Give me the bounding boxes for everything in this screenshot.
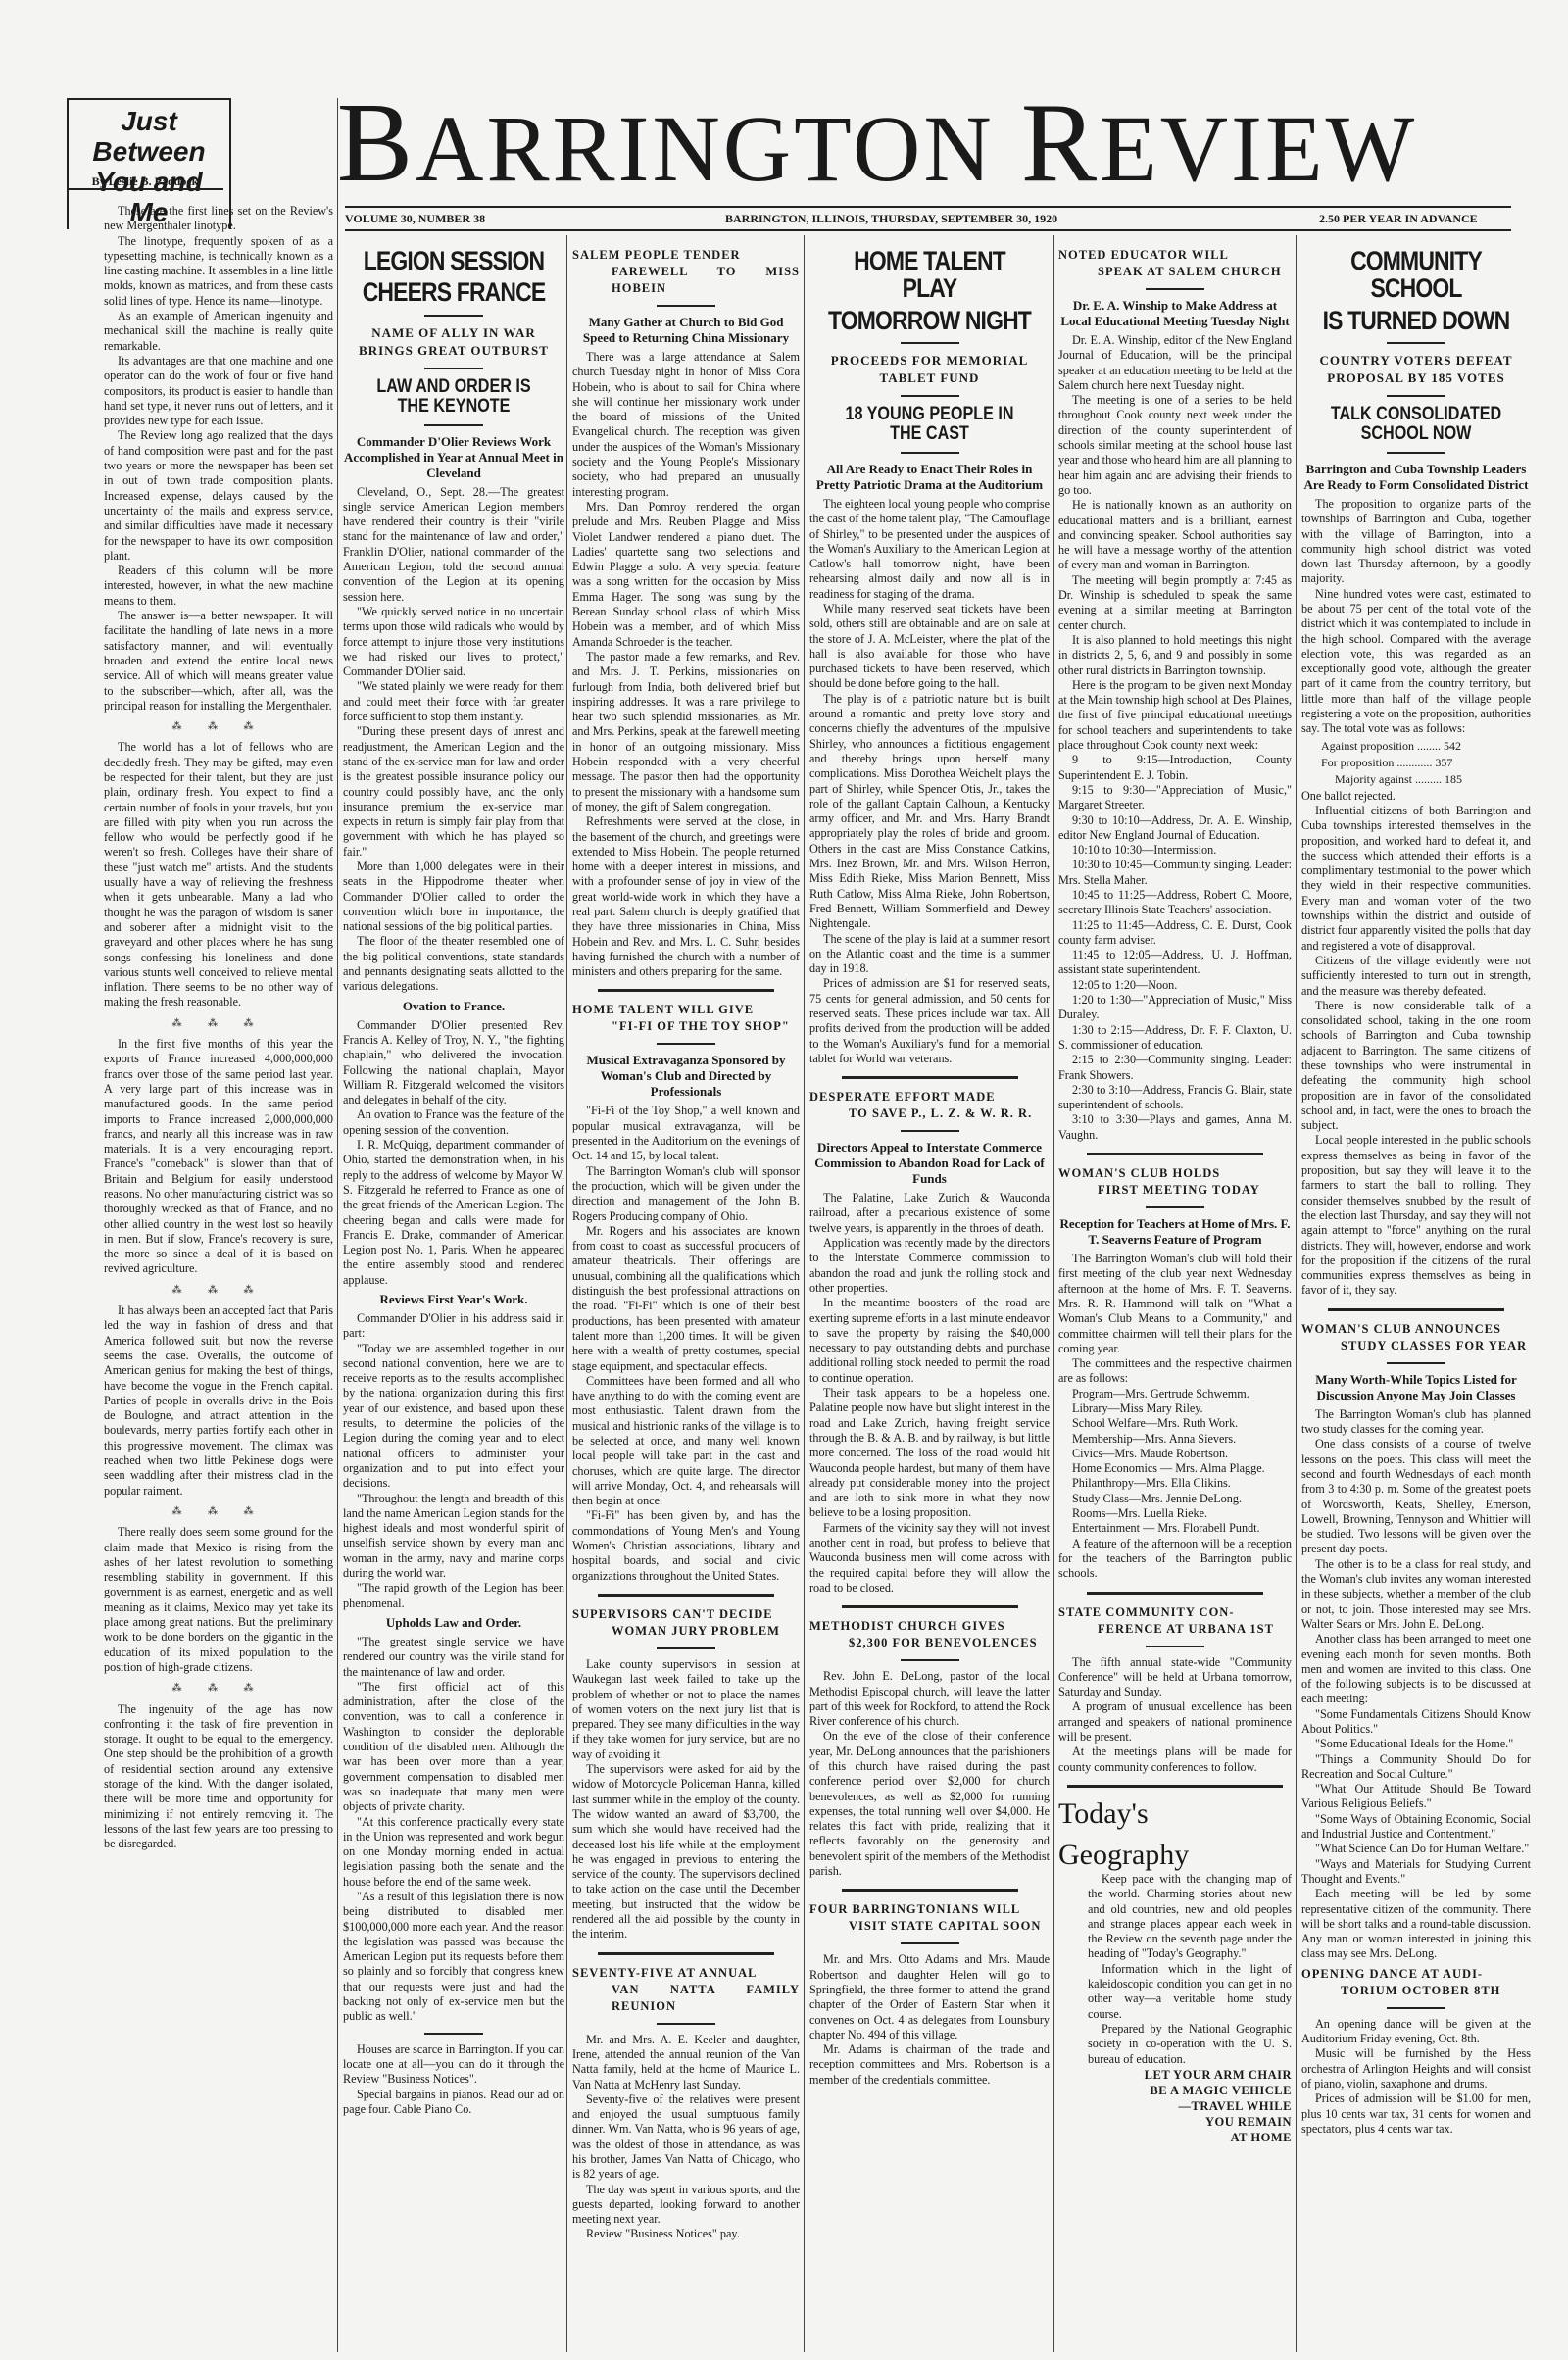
paragraph: Refreshments were served at the close, i… [572, 814, 800, 979]
tagline: LET YOUR ARM CHAIR BE A MAGIC VEHICLE —T… [1088, 2067, 1292, 2145]
headline-line: WOMAN'S CLUB ANNOUNCES [1301, 1322, 1501, 1336]
separator [657, 2023, 715, 2025]
headline-line: FIRST MEETING TODAY [1058, 1182, 1292, 1199]
column-title-line1: Just Between [73, 106, 225, 167]
paragraph: Special bargains in pianos. Read our ad … [343, 2088, 564, 2118]
headline: WOMAN'S CLUB ANNOUNCESSTUDY CLASSES FOR … [1301, 1321, 1531, 1354]
paragraph: "The first official act of this administ… [343, 1680, 564, 1815]
nameplate-initial-1: B [337, 80, 416, 206]
paragraph: The Palatine, Lake Zurich & Wauconda rai… [809, 1191, 1050, 1236]
headline-line: COMMUNITY SCHOOL [1319, 247, 1514, 303]
topic-item: "What Science Can Do for Human Welfare." [1301, 1842, 1531, 1856]
vote-tally-row: For proposition ............ 357 [1321, 756, 1531, 770]
paragraph: Its advantages are that one machine and … [104, 354, 333, 428]
separator [1146, 1206, 1204, 1208]
paragraph: "As a result of this legislation there i… [343, 1890, 564, 2025]
topic-item: "Things a Community Should Do for Recrea… [1301, 1752, 1531, 1783]
separator [1387, 2007, 1445, 2009]
paragraph: While many reserved seat tickets have be… [809, 602, 1050, 692]
headline-line: TORIUM OCTOBER 8TH [1301, 1983, 1531, 1999]
tally-value: 185 [1445, 772, 1462, 787]
committee-item: Civics—Mrs. Maude Robertson. [1058, 1447, 1292, 1461]
article-separator [842, 1076, 1018, 1079]
separator [424, 424, 483, 426]
headline: METHODIST CHURCH GIVES$2,300 FOR BENEVOL… [809, 1618, 1050, 1651]
paragraph: Each meeting will be led by some represe… [1301, 1887, 1531, 1961]
separator [424, 2033, 483, 2035]
program-item: 10:45 to 11:25—Address, Robert C. Moore,… [1058, 888, 1292, 918]
topic-item: "What Our Attitude Should Be Toward Vari… [1301, 1782, 1531, 1812]
paragraph: Seventy-five of the relatives were prese… [572, 2092, 800, 2183]
subhead: Reviews First Year's Work. [343, 1292, 564, 1307]
program-item: 2:15 to 2:30—Community singing. Leader: … [1058, 1053, 1292, 1083]
program-item: 9:15 to 9:30—"Appreciation of Music," Ma… [1058, 783, 1292, 813]
separator [901, 395, 959, 397]
headline-line: LEGION SESSION [360, 247, 548, 274]
paragraph: Commander D'Olier presented Rev. Francis… [343, 1018, 564, 1108]
paragraph: "Today we are assembled together in our … [343, 1342, 564, 1492]
column-six: COMMUNITY SCHOOL IS TURNED DOWN COUNTRY … [1301, 243, 1531, 2137]
headline-line: FERENCE AT URBANA 1ST [1058, 1621, 1292, 1638]
headline-line: TOMORROW NIGHT [827, 307, 1031, 334]
article-separator [598, 1594, 774, 1597]
paragraph: Review "Business Notices" pay. [572, 2227, 800, 2241]
paragraph: Prepared by the National Geographic soci… [1088, 2022, 1292, 2067]
paragraph: The proposition to organize parts of the… [1301, 497, 1531, 587]
column-byline: By Leslie B. Paddock [67, 174, 223, 190]
section-ornament: ⁂ ⁂ ⁂ [104, 1016, 333, 1031]
paragraph: Music will be furnished by the Hess orch… [1301, 2046, 1531, 2091]
topic-item: "Some Ways of Obtaining Economic, Social… [1301, 1812, 1531, 1843]
headline-line: TO SAVE P., L. Z. & W. R. R. [809, 1106, 1050, 1122]
subdeck: Musical Extravaganza Sponsored by Woman'… [572, 1053, 800, 1100]
headline: WOMAN'S CLUB HOLDSFIRST MEETING TODAY [1058, 1165, 1292, 1199]
column-divider [1296, 235, 1297, 2352]
paragraph: The pastor made a few remarks, and Rev. … [572, 650, 800, 814]
headline-line: SALEM PEOPLE TENDER [572, 248, 741, 262]
subdeck: Barrington and Cuba Township Leaders Are… [1301, 462, 1531, 493]
headline-line: METHODIST CHURCH GIVES [809, 1619, 1005, 1633]
paragraph: The eighteen local young people who comp… [809, 497, 1050, 602]
subdeck: All Are Ready to Enact Their Roles in Pr… [809, 462, 1050, 493]
paragraph: Their task appears to be a hopeless one.… [809, 1386, 1050, 1521]
section-ornament: ⁂ ⁂ ⁂ [104, 719, 333, 734]
headline-line: HOME TALENT WILL GIVE [572, 1003, 754, 1016]
paragraph: It is also planned to hold meetings this… [1058, 633, 1292, 678]
separator [901, 1130, 959, 1132]
article-separator [842, 1605, 1018, 1608]
paragraph: Prices of admission will be $1.00 for me… [1301, 2091, 1531, 2137]
headline: NOTED EDUCATOR WILLSPEAK AT SALEM CHURCH [1058, 247, 1292, 280]
place-date: BARRINGTON, ILLINOIS, THURSDAY, SEPTEMBE… [725, 212, 1057, 226]
committee-item: Membership—Mrs. Anna Sievers. [1058, 1432, 1292, 1447]
paragraph: An ovation to France was the feature of … [343, 1107, 564, 1138]
committee-item: Program—Mrs. Gertrude Schwemm. [1058, 1387, 1292, 1401]
column-divider [566, 235, 567, 2352]
section-ornament: ⁂ ⁂ ⁂ [104, 1283, 333, 1298]
paragraph: It has always been an accepted fact that… [104, 1303, 333, 1499]
paragraph: Cleveland, O., Sept. 28.—The greatest si… [343, 485, 564, 605]
paragraph: A program of unusual excellence has been… [1058, 1699, 1292, 1745]
headline: SALEM PEOPLE TENDERFAREWELL TO MISS HOBE… [572, 247, 800, 297]
nameplate-word-1: ARRINGTON [416, 96, 995, 201]
geography-title-line1: Today's [1058, 1797, 1292, 1831]
headline-line: OPENING DANCE AT AUDI- [1301, 1967, 1483, 1981]
program-item: 3:10 to 3:30—Plays and games, Anna M. Va… [1058, 1112, 1292, 1143]
paragraph: A feature of the afternoon will be a rec… [1058, 1537, 1292, 1582]
committee-item: Philanthropy—Mrs. Ella Clikins. [1058, 1476, 1292, 1491]
tagline-line: YOU REMAIN [1088, 2114, 1292, 2130]
paragraph: Readers of this column will be more inte… [104, 564, 333, 609]
vote-tally-row: Against proposition ........ 542 [1321, 739, 1531, 754]
subscription-price: 2.50 PER YEAR IN ADVANCE [1319, 212, 1478, 226]
geography-title-line2: Geography [1058, 1839, 1292, 1872]
paragraph: The world has a lot of fellows who are d… [104, 740, 333, 1009]
headline-line: DESPERATE EFFORT MADE [809, 1090, 996, 1104]
subdeck: Many Gather at Church to Bid God Speed t… [572, 315, 800, 346]
separator [657, 1647, 715, 1649]
nameplate-initial-2: R [1021, 80, 1100, 206]
paragraph: The Barrington Woman's club will sponsor… [572, 1164, 800, 1224]
deck: COUNTRY VOTERS DEFEAT PROPOSAL BY 185 VO… [1301, 352, 1531, 387]
vote-tally-row: Majority against ......... 185 [1321, 772, 1531, 787]
paragraph: One class consists of a course of twelve… [1301, 1437, 1531, 1556]
paragraph: An opening dance will be given at the Au… [1301, 2017, 1531, 2047]
tagline-line: BE A MAGIC VEHICLE [1088, 2083, 1292, 2098]
paragraph: Local people interested in the public sc… [1301, 1133, 1531, 1298]
separator [657, 305, 715, 307]
headline-line: IS TURNED DOWN [1319, 307, 1514, 334]
headline-line: SEVENTY-FIVE AT ANNUAL [572, 1966, 757, 1980]
paragraph: At the meetings plans will be made for c… [1058, 1745, 1292, 1775]
paragraph: "Fi-Fi of the Toy Shop," a well known an… [572, 1104, 800, 1163]
headline-line: HOME TALENT PLAY [827, 247, 1031, 303]
committee-item: School Welfare—Mrs. Ruth Work. [1058, 1416, 1292, 1431]
subdeck: Commander D'Olier Reviews Work Accomplis… [343, 434, 564, 481]
program-item: 11:25 to 11:45—Address, C. E. Durst, Coo… [1058, 918, 1292, 949]
tagline-line: LET YOUR ARM CHAIR [1088, 2067, 1292, 2083]
paragraph: I. R. McQuiqg, department commander of O… [343, 1138, 564, 1288]
rejected-note: One ballot rejected. [1301, 789, 1531, 804]
program-item: 10:30 to 10:45—Community singing. Leader… [1058, 858, 1292, 888]
paragraph: There is now considerable talk of a cons… [1301, 999, 1531, 1134]
committee-item: Entertainment — Mrs. Florabell Pundt. [1058, 1521, 1292, 1536]
article-separator [1328, 1308, 1504, 1311]
headline-line: NOTED EDUCATOR WILL [1058, 248, 1229, 262]
headline: HOME TALENT WILL GIVE"FI-FI OF THE TOY S… [572, 1002, 800, 1035]
paragraph: The other is to be a class for real stud… [1301, 1557, 1531, 1632]
paragraph: The Barrington Woman's club has planned … [1301, 1407, 1531, 1438]
paragraph: These are the first lines set on the Rev… [104, 204, 333, 234]
article-separator [1087, 1592, 1263, 1595]
paragraph: Mr. and Mrs. Otto Adams and Mrs. Maude R… [809, 1952, 1050, 2042]
deck-headline: TALK CONSOLIDATED SCHOOL NOW [1319, 405, 1514, 444]
headline-line: WOMAN'S CLUB HOLDS [1058, 1166, 1220, 1180]
headline: SEVENTY-FIVE AT ANNUALVAN NATTA FAMILY R… [572, 1965, 800, 2015]
separator [1387, 1362, 1445, 1364]
paragraph: The answer is—a better newspaper. It wil… [104, 609, 333, 713]
paragraph: Here is the program to be given next Mon… [1058, 678, 1292, 753]
program-item: 11:45 to 12:05—Address, U. J. Hoffman, a… [1058, 948, 1292, 978]
separator [901, 1942, 959, 1944]
paragraph: The floor of the theater resembled one o… [343, 934, 564, 994]
column-divider [804, 235, 805, 2352]
paragraph: "We stated plainly we were ready for the… [343, 679, 564, 724]
headline: FOUR BARRINGTONIANS WILLVISIT STATE CAPI… [809, 1901, 1050, 1935]
committee-item: Rooms—Mrs. Luella Rieke. [1058, 1506, 1292, 1521]
paragraph: Committees have been formed and all who … [572, 1374, 800, 1509]
headline: DESPERATE EFFORT MADETO SAVE P., L. Z. &… [809, 1089, 1050, 1122]
headline-line: CHEERS FRANCE [360, 278, 548, 306]
headline-line: VISIT STATE CAPITAL SOON [809, 1918, 1050, 1935]
paragraph: The meeting will begin promptly at 7:45 … [1058, 573, 1292, 633]
paragraph: He is nationally known as an authority o… [1058, 498, 1292, 572]
paragraph: Influential citizens of both Barrington … [1301, 804, 1531, 954]
paragraph: Nine hundred votes were cast, estimated … [1301, 587, 1531, 737]
column-four: HOME TALENT PLAY TOMORROW NIGHT PROCEEDS… [809, 243, 1050, 2088]
paragraph: The play is of a patriotic nature but is… [809, 692, 1050, 932]
program-item: 9 to 9:15—Introduction, County Superinte… [1058, 753, 1292, 783]
program-item: 9:30 to 10:10—Address, Dr. A. E. Winship… [1058, 813, 1292, 844]
separator [901, 342, 959, 344]
paragraph: The scene of the play is laid at a summe… [809, 932, 1050, 977]
paragraph: Information which in the light of kaleid… [1088, 1962, 1292, 2022]
paragraph: The supervisors were asked for aid by th… [572, 1762, 800, 1942]
deck: NAME OF ALLY IN WAR BRINGS GREAT OUTBURS… [343, 324, 564, 360]
subdeck: Dr. E. A. Winship to Make Address at Loc… [1058, 298, 1292, 329]
volume-number: VOLUME 30, NUMBER 38 [345, 212, 485, 226]
tally-label: Majority against [1335, 772, 1412, 787]
deck: PROCEEDS FOR MEMORIAL TABLET FUND [809, 352, 1050, 387]
paragraph: Mr. and Mrs. A. E. Keeler and daughter, … [572, 2033, 800, 2092]
headline-line: FAREWELL TO MISS HOBEIN [572, 264, 800, 297]
paragraph: In the first five months of this year th… [104, 1037, 333, 1277]
geography-body: Keep pace with the changing map of the w… [1058, 1872, 1292, 2145]
article-separator [1067, 1785, 1283, 1788]
column-three: SALEM PEOPLE TENDERFAREWELL TO MISS HOBE… [572, 243, 800, 2242]
paragraph: There really does seem some ground for t… [104, 1525, 333, 1675]
paragraph: Houses are scarce in Barrington. If you … [343, 2042, 564, 2088]
headline-line: SUPERVISORS CAN'T DECIDE [572, 1607, 773, 1621]
committee-item: Home Economics — Mrs. Alma Plagge. [1058, 1461, 1292, 1476]
paragraph: Rev. John E. DeLong, pastor of the local… [809, 1669, 1050, 1729]
article-separator [598, 989, 774, 992]
paragraph: "Throughout the length and breadth of th… [343, 1492, 564, 1582]
separator [1387, 452, 1445, 454]
paragraph: "At this conference practically every st… [343, 1815, 564, 1890]
separator [901, 452, 959, 454]
headline-line: STATE COMMUNITY CON- [1058, 1605, 1235, 1619]
paragraph: Mrs. Dan Pomroy rendered the organ prelu… [572, 500, 800, 650]
newspaper-nameplate: BARRINGTON REVIEW [250, 94, 1504, 198]
article-separator [1087, 1153, 1263, 1155]
paragraph: Dr. E. A. Winship, editor of the New Eng… [1058, 333, 1292, 393]
paragraph: As an example of American ingenuity and … [104, 309, 333, 354]
subhead: Upholds Law and Order. [343, 1615, 564, 1631]
tally-value: 542 [1444, 739, 1461, 754]
article-separator [598, 1952, 774, 1955]
headline-line: FOUR BARRINGTONIANS WILL [809, 1902, 1020, 1916]
program-item: 1:30 to 2:15—Address, Dr. F. F. Claxton,… [1058, 1023, 1292, 1054]
topic-item: "Ways and Materials for Studying Current… [1301, 1857, 1531, 1888]
headline-line: STUDY CLASSES FOR YEAR [1301, 1338, 1531, 1354]
headline-line: SPEAK AT SALEM CHURCH [1058, 264, 1292, 280]
paragraph: "We quickly served notice in no uncertai… [343, 605, 564, 679]
tally-value: 357 [1435, 756, 1452, 770]
column-five: NOTED EDUCATOR WILLSPEAK AT SALEM CHURCH… [1058, 243, 1292, 2145]
column-just-between: These are the first lines set on the Rev… [104, 204, 333, 1851]
masthead-rule-bottom [345, 229, 1511, 231]
paragraph: On the eve of the close of their confere… [809, 1729, 1050, 1879]
paragraph: Mr. Rogers and his associates are known … [572, 1224, 800, 1374]
program-item: 2:30 to 3:10—Address, Francis G. Blair, … [1058, 1083, 1292, 1113]
paragraph: Application was recently made by the dir… [809, 1236, 1050, 1296]
deck-headline: 18 YOUNG PEOPLE IN THE CAST [827, 405, 1031, 444]
topic-item: "Some Educational Ideals for the Home." [1301, 1737, 1531, 1751]
article-legion-session: LEGION SESSION CHEERS FRANCE NAME OF ALL… [343, 243, 564, 2117]
paragraph: The meeting is one of a series to be hel… [1058, 393, 1292, 498]
separator [424, 315, 483, 317]
program-item: 1:20 to 1:30—"Appreciation of Music," Mi… [1058, 993, 1292, 1023]
paragraph: "Fi-Fi" has been given by, and has the c… [572, 1508, 800, 1583]
subdeck: Reception for Teachers at Home of Mrs. F… [1058, 1216, 1292, 1248]
paragraph: Commander D'Olier in his address said in… [343, 1311, 564, 1342]
separator [1146, 288, 1204, 290]
section-ornament: ⁂ ⁂ ⁂ [104, 1681, 333, 1696]
paragraph: There was a large attendance at Salem ch… [572, 350, 800, 500]
paragraph: Keep pace with the changing map of the w… [1088, 1872, 1292, 1962]
separator [657, 1043, 715, 1045]
headline-line: WOMAN JURY PROBLEM [572, 1623, 800, 1640]
paragraph: Lake county supervisors in session at Wa… [572, 1657, 800, 1762]
column-divider [1053, 235, 1054, 2352]
program-item: 12:05 to 1:20—Noon. [1058, 978, 1292, 993]
committee-item: Library—Miss Mary Riley. [1058, 1401, 1292, 1416]
subdeck: Directors Appeal to Interstate Commerce … [809, 1140, 1050, 1187]
separator [1387, 342, 1445, 344]
program-item: 10:10 to 10:30—Intermission. [1058, 843, 1292, 858]
headline-line: VAN NATTA FAMILY REUNION [572, 1982, 800, 2015]
paragraph: Another class has been arranged to meet … [1301, 1632, 1531, 1706]
subhead: Ovation to France. [343, 999, 564, 1014]
paragraph: The ingenuity of the age has now confron… [104, 1702, 333, 1852]
separator [1387, 395, 1445, 397]
paragraph: Mr. Adams is chairman of the trade and r… [809, 2042, 1050, 2088]
tally-label: For proposition [1321, 756, 1394, 770]
headline-line: "FI-FI OF THE TOY SHOP" [572, 1018, 800, 1035]
deck-headline: LAW AND ORDER IS THE KEYNOTE [360, 377, 548, 417]
paragraph: Farmers of the vicinity say they will no… [809, 1521, 1050, 1596]
paragraph: The Review long ago realized that the da… [104, 428, 333, 564]
paragraph: The Barrington Woman's club will hold th… [1058, 1252, 1292, 1356]
tally-label: Against proposition [1321, 739, 1414, 754]
column-divider [337, 98, 338, 2352]
committee-item: Study Class—Mrs. Jennie DeLong. [1058, 1492, 1292, 1506]
nameplate-word-2: EVIEW [1100, 96, 1417, 201]
separator [901, 1659, 959, 1661]
subdeck: Many Worth-While Topics Listed for Discu… [1301, 1372, 1531, 1403]
tagline-line: —TRAVEL WHILE [1088, 2098, 1292, 2114]
headline: SUPERVISORS CAN'T DECIDEWOMAN JURY PROBL… [572, 1606, 800, 1640]
article-separator [842, 1889, 1018, 1892]
newspaper-page: Just Between You and Me By Leslie B. Pad… [0, 0, 1568, 2360]
paragraph: Citizens of the village evidently were n… [1301, 954, 1531, 999]
paragraph: The day was spent in various sports, and… [572, 2183, 800, 2228]
section-ornament: ⁂ ⁂ ⁂ [104, 1504, 333, 1519]
paragraph: The fifth annual state-wide "Community C… [1058, 1655, 1292, 1700]
separator [424, 368, 483, 369]
tagline-line: AT HOME [1088, 2130, 1292, 2145]
headline-line: $2,300 FOR BENEVOLENCES [809, 1635, 1050, 1651]
paragraph: "The greatest single service we have ren… [343, 1635, 564, 1680]
headline: STATE COMMUNITY CON-FERENCE AT URBANA 1S… [1058, 1604, 1292, 1638]
paragraph: "During these present days of unrest and… [343, 724, 564, 860]
paragraph: More than 1,000 delegates were in their … [343, 860, 564, 934]
paragraph: The committees and the respective chairm… [1058, 1356, 1292, 1387]
paragraph: The linotype, frequently spoken of as a … [104, 234, 333, 309]
separator [1146, 1646, 1204, 1647]
topic-item: "Some Fundamentals Citizens Should Know … [1301, 1707, 1531, 1738]
headline: OPENING DANCE AT AUDI-TORIUM OCTOBER 8TH [1301, 1966, 1531, 1999]
masthead-rule-top [345, 206, 1511, 208]
paragraph: "The rapid growth of the Legion has been… [343, 1581, 564, 1611]
paragraph: Prices of admission are $1 for reserved … [809, 976, 1050, 1066]
paragraph: In the meantime boosters of the road are… [809, 1296, 1050, 1386]
